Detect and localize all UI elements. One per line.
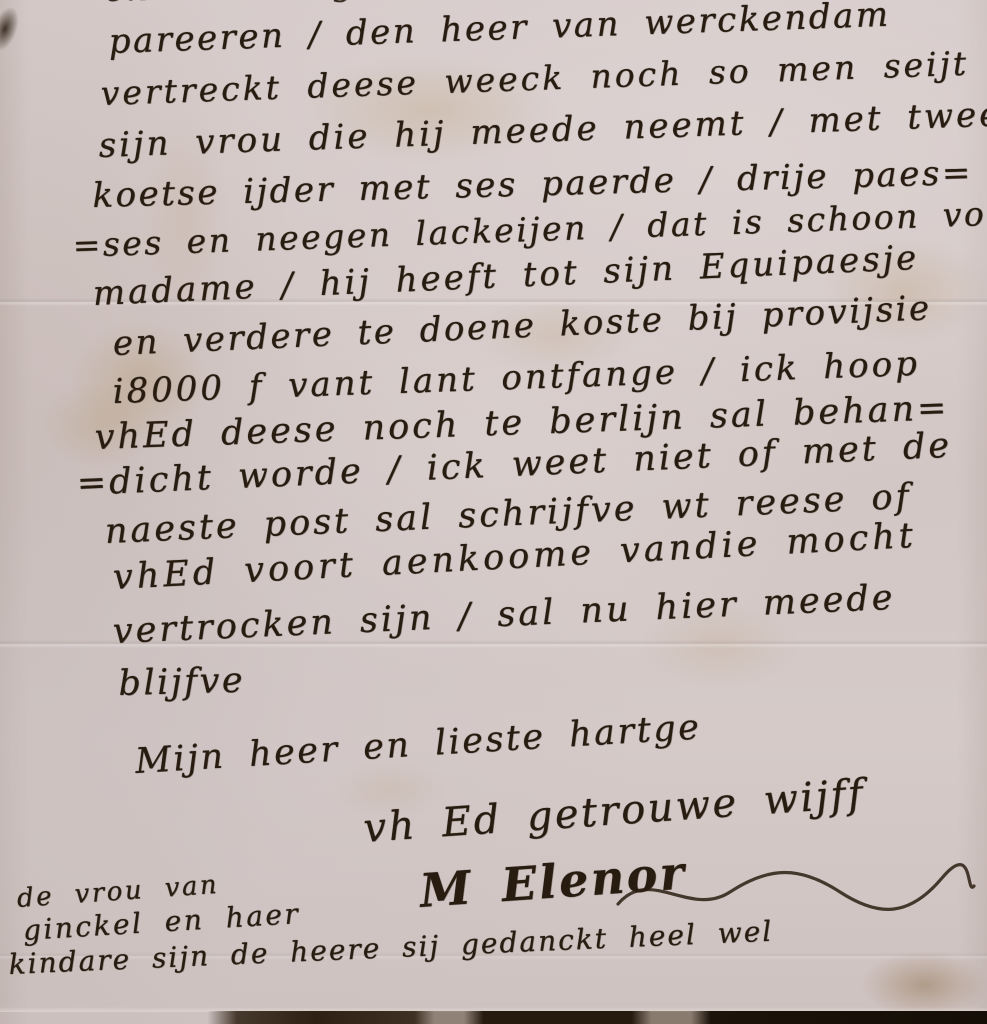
letter-line: blijfve xyxy=(118,661,246,704)
scan-bottom-edge xyxy=(0,1011,987,1024)
closing-address: Mijn heer en lieste hartge xyxy=(134,707,702,782)
closing-valediction: vh Ed getrouwe wijff xyxy=(362,771,867,852)
signature: M Elenor xyxy=(418,845,688,918)
letter-scan-page: en niet vergeten ae… pareeren / den heer… xyxy=(0,0,987,1024)
letter-line-clipped: en niet vergeten ae… xyxy=(104,0,543,9)
corner-ink-mark xyxy=(0,1,26,57)
